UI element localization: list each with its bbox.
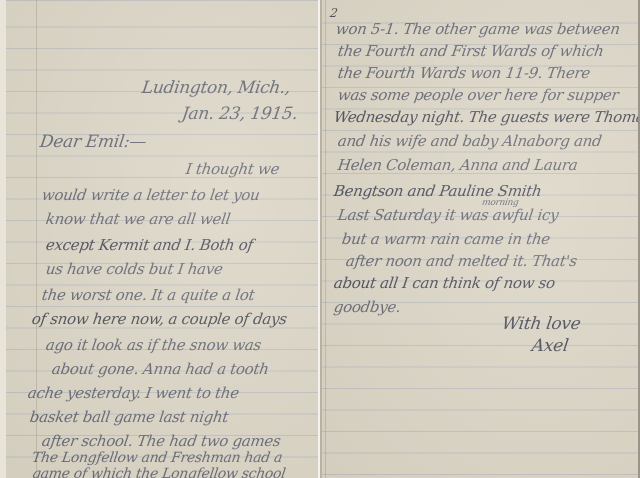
letter-line: was some people over here for supper <box>337 86 620 104</box>
letter-line: I thought we <box>185 160 281 178</box>
letter-page-2: 2 won 5-1. The other game was between th… <box>320 0 638 478</box>
letter-line: won 5-1. The other game was between <box>335 20 621 38</box>
letter-line: ago it look as if the snow was <box>45 336 263 354</box>
letter-line: but a warm rain came in the <box>341 230 551 248</box>
letter-line: the Fourth Wards won 11-9. There <box>337 64 592 82</box>
letter-line: the Fourth and First Wards of which <box>337 42 605 60</box>
letter-place: Ludington, Mich., <box>141 78 292 98</box>
letter-line: The Longfellow and Freshman had a <box>31 450 283 466</box>
letter-line: ache yesterday. I went to the <box>27 384 240 402</box>
letter-line: about all I can think of now so <box>333 274 556 292</box>
margin-line <box>36 0 37 478</box>
letter-page-1: Ludington, Mich., Jan. 23, 1915. Dear Em… <box>0 0 318 478</box>
letter-salutation: Dear Emil:— <box>39 132 148 152</box>
letter-line: Wednesday night. The guests were Thomas <box>333 108 638 126</box>
letter-line: Helen Coleman, Anna and Laura <box>337 156 579 174</box>
letter-line: goodbye. <box>333 298 402 316</box>
letter-line: after noon and melted it. That's <box>345 252 578 270</box>
letter-line: about gone. Anna had a tooth <box>51 360 270 378</box>
letter-line: us have colds but I have <box>45 260 224 278</box>
letter-line: after school. The had two games <box>41 432 282 450</box>
letter-line: would write a letter to let you <box>41 186 261 204</box>
letter-line: basket ball game last night <box>29 408 230 426</box>
letter-date: Jan. 23, 1915. <box>181 104 299 124</box>
letter-line: game of which the Longfellow school <box>31 466 287 478</box>
letter-closing: With love <box>501 314 582 334</box>
letter-line: and his wife and baby Alnaborg and <box>337 132 603 150</box>
letter-signature: Axel <box>531 336 570 356</box>
page-number: 2 <box>329 6 338 20</box>
letter-line: except Kermit and I. Both of <box>45 236 254 254</box>
letter-line: the worst one. It a quite a lot <box>41 286 256 304</box>
letter-line: know that we are all well <box>45 210 232 228</box>
letter-line: of snow here now, a couple of days <box>31 310 288 328</box>
margin-line <box>325 0 326 478</box>
letter-line: Last Saturday it was awful icy <box>337 206 560 224</box>
